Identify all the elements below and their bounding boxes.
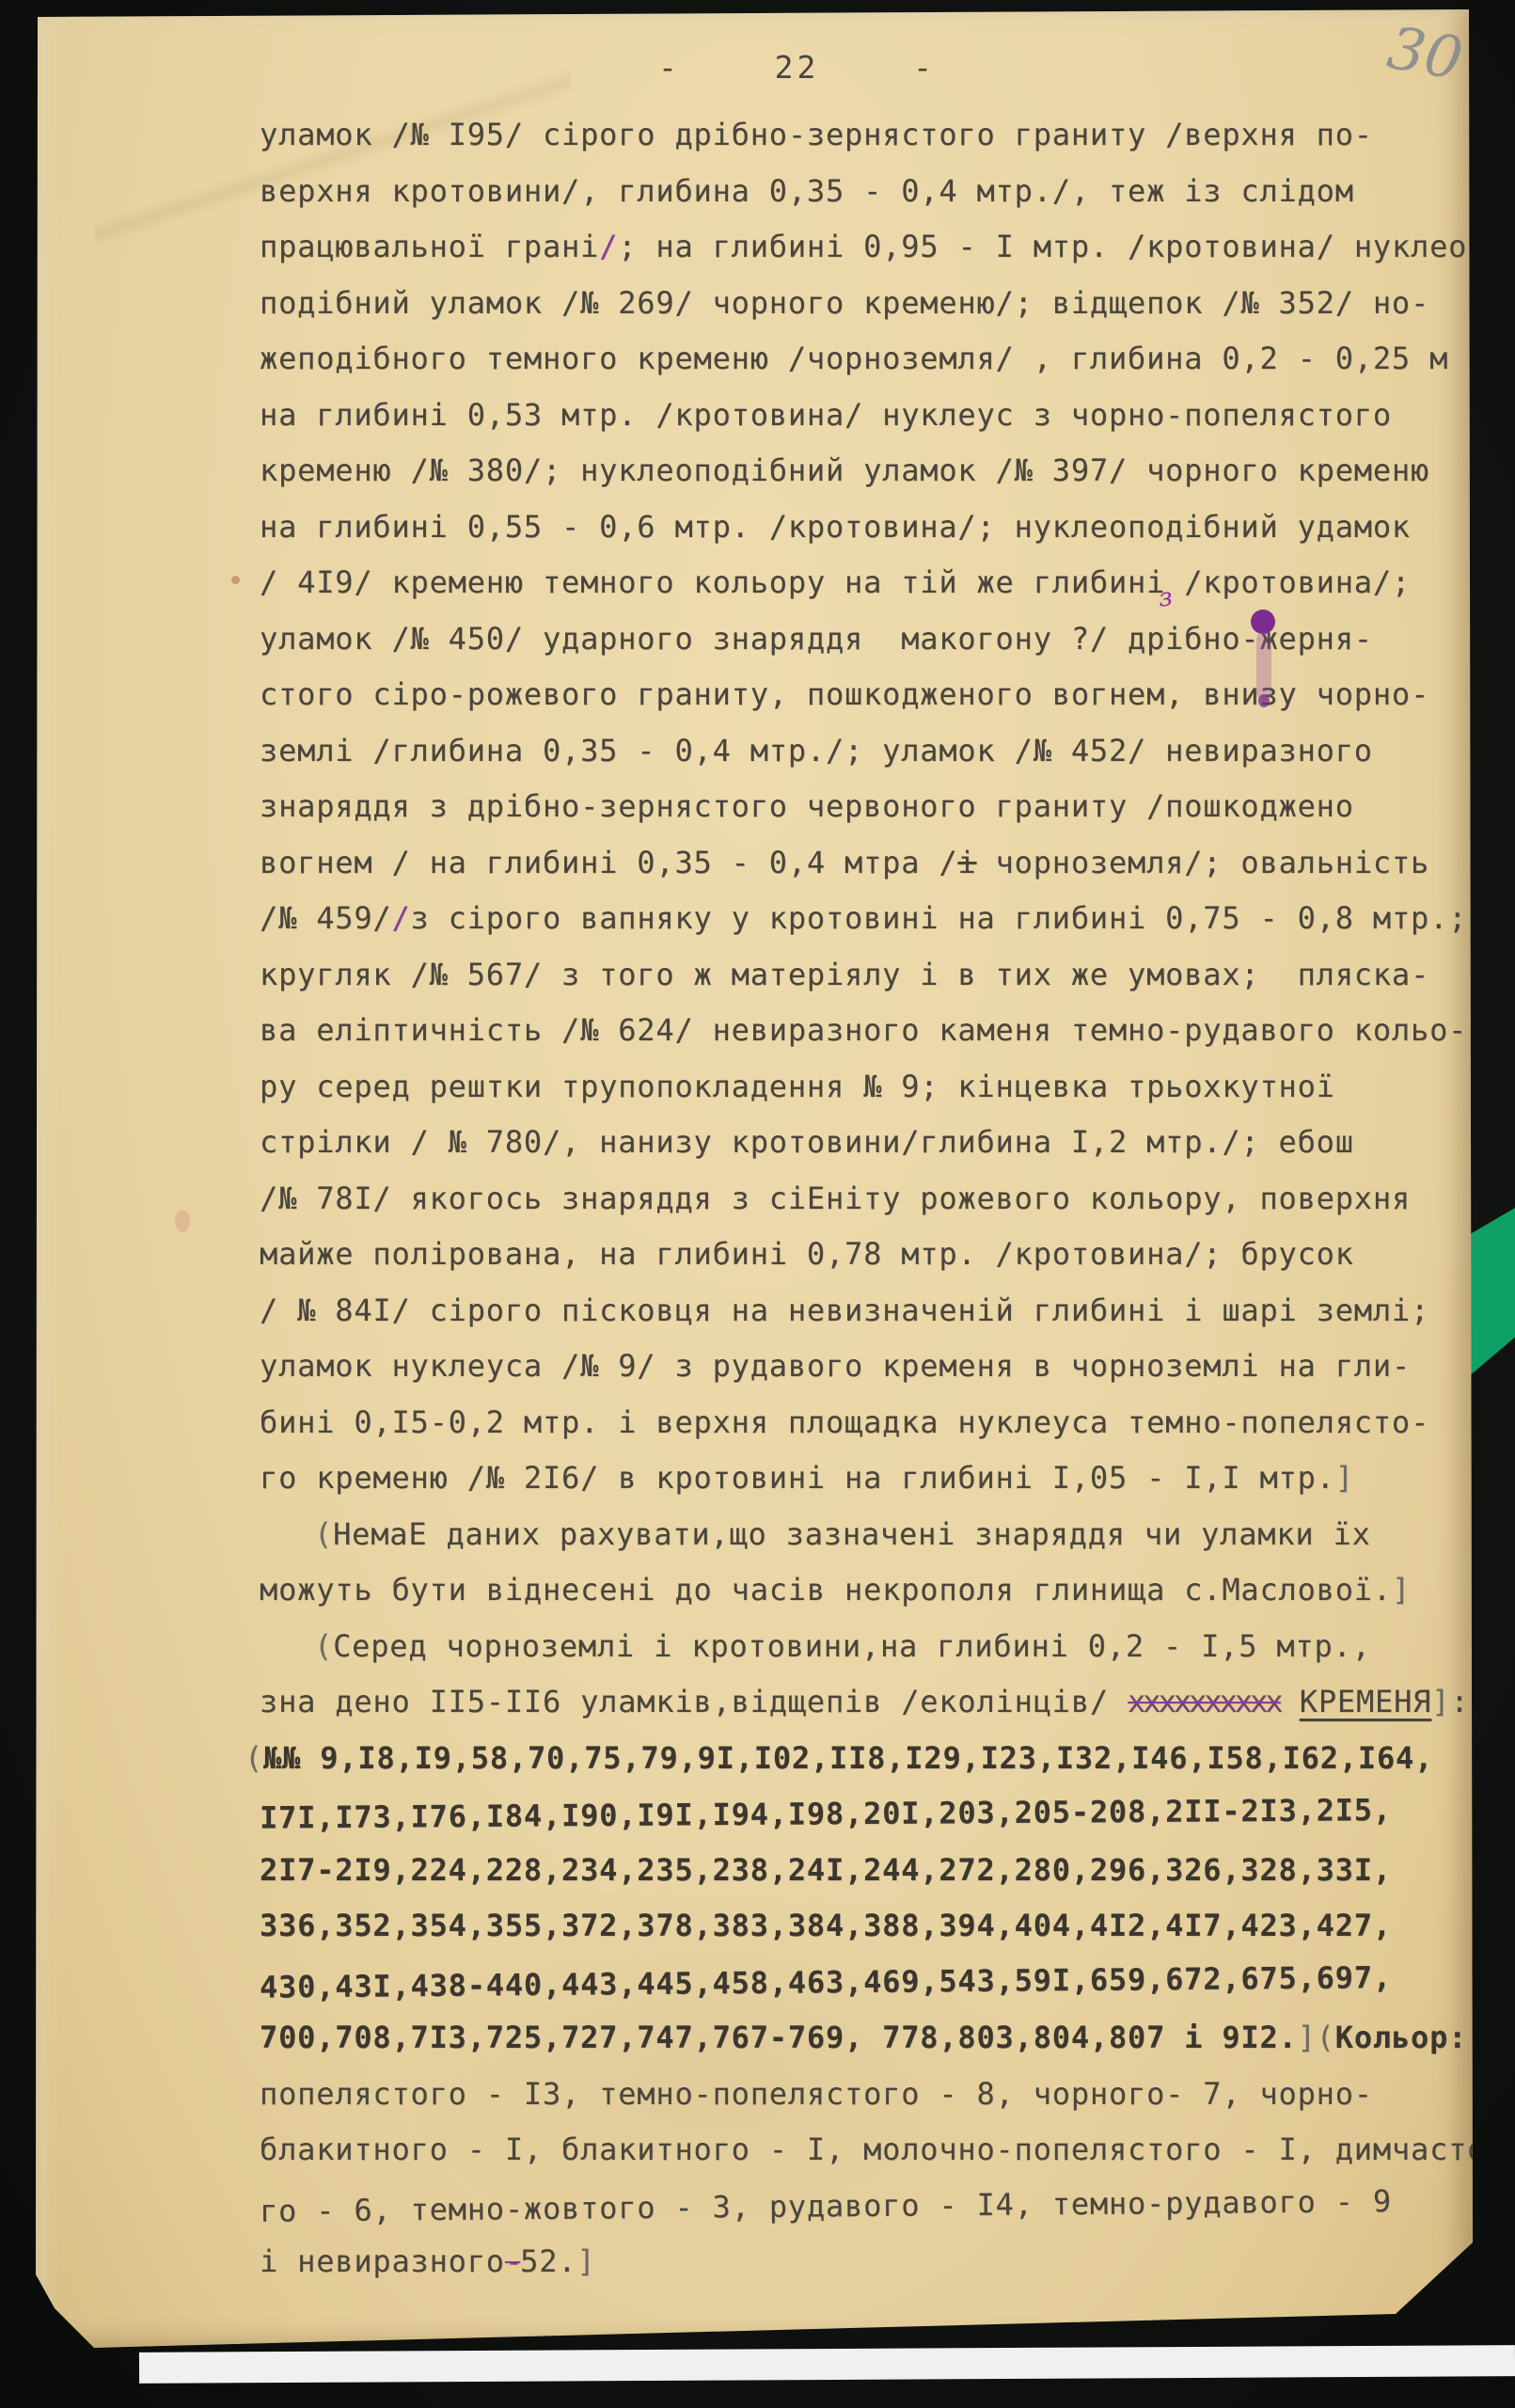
text-line: ру серед рештки трупопокладення № 9; кін… — [260, 1059, 1473, 1116]
paper-stain — [231, 576, 240, 584]
text-segment-pencil: ( — [245, 1740, 263, 1776]
text-line: попелястого - І3, темно-попелястого - 8,… — [260, 2067, 1473, 2123]
text-segment: 2І7-2І9,224,228,234,235,238,24І,244,272,… — [260, 1852, 1392, 1888]
handwritten-correction: з — [1157, 582, 1174, 612]
text-line: ва еліптичність /№ 624/ невиразного каме… — [260, 1003, 1473, 1059]
text-segment: і невиразного — [260, 2243, 505, 2279]
typewritten-text: уламок /№ І95/ сірого дрібно-зернястого … — [260, 107, 1473, 2290]
text-segment-pencil: ] — [1431, 1684, 1450, 1719]
text-segment: уламок /№ І95/ сірого дрібно-зернястого … — [260, 117, 1373, 152]
text-segment-purple-strike: хххххххххх — [1128, 1684, 1281, 1719]
text-line: верхня кротовини/, глибина 0,35 - 0,4 мт… — [260, 164, 1473, 220]
text-segment: з сірого вапняку у кротовині на глибині … — [411, 900, 1468, 936]
paper-sheet: - 22 - 30 уламок /№ І95/ сірого дрібно-з… — [32, 8, 1473, 2352]
text-segment: / № 84І/ сірого пісковця на невизначеній… — [260, 1292, 1429, 1328]
text-line: і невиразного-52.] — [260, 2234, 1473, 2290]
text-segment-pencil: ]( — [1298, 2020, 1335, 2055]
text-segment: НемаЕ даних рахувати,що зазначені знаряд… — [333, 1516, 1371, 1552]
text-segment: чорноземля/; овальність — [977, 845, 1430, 880]
text-segment: на глибині 0,53 мтр. /кротовина/ нуклеус… — [260, 397, 1392, 433]
text-segment: го кременю /№ 2І6/ в кротовині на глибин… — [260, 1460, 1335, 1496]
text-line: 430,43І,438-440,443,445,458,463,469,543,… — [260, 1949, 1473, 2016]
text-segment: подібний уламок /№ 269/ чорного кременю/… — [260, 285, 1429, 321]
text-line: (НемаЕ даних рахувати,що зазначені знаря… — [260, 1507, 1473, 1563]
page-number: - 22 - — [658, 49, 940, 86]
text-line: жеподібного темного кременю /чорноземля/… — [260, 331, 1473, 388]
text-segment-purple: / — [599, 229, 618, 264]
text-segment: /№ 459/ — [260, 900, 391, 936]
text-line: го кременю /№ 2І6/ в кротовині на глибин… — [260, 1450, 1473, 1507]
text-segment: попелястого - І3, темно-попелястого - 8,… — [260, 2076, 1373, 2112]
text-segment: 430,43І,438-440,443,445,458,463,469,543,… — [260, 1959, 1392, 2005]
text-line: го - 6, темно-жовтого - 3, рудавого - І4… — [260, 2173, 1473, 2240]
text-segment-purple: / — [391, 900, 410, 936]
handwritten-page-number: 30 — [1382, 13, 1467, 94]
scanner-edge-strip — [139, 2345, 1515, 2384]
text-line: можуть бути віднесені до часів некрополя… — [260, 1562, 1473, 1619]
text-segment: ва еліптичність /№ 624/ невиразного каме… — [260, 1012, 1467, 1048]
text-segment: на глибині 0,55 - 0,6 мтр. /кротовина/; … — [260, 509, 1411, 545]
text-line: 336,352,354,355,372,378,383,384,388,394,… — [260, 1898, 1473, 1955]
text-line: / 4І9/ кременю темного кольору на тій же… — [260, 555, 1473, 611]
text-line: /№ 459//з сірого вапняку у кротовині на … — [260, 891, 1473, 947]
text-line: землі /глибина 0,35 - 0,4 мтр./; уламок … — [260, 723, 1473, 780]
text-segment: працювальної грані — [260, 229, 599, 264]
text-segment-pencil: ] — [1335, 1460, 1354, 1496]
text-line: кругляк /№ 567/ з того ж матеріялу і в т… — [260, 947, 1473, 1004]
paper-stain — [175, 1210, 190, 1232]
text-line: на глибині 0,55 - 0,6 мтр. /кротовина/; … — [260, 499, 1473, 556]
text-segment: блакитного - І, блакитного - І, молочно-… — [260, 2131, 1486, 2167]
text-segment: / 4І9/ кременю темного кольору на тій же… — [260, 564, 1411, 600]
text-line: 700,708,7І3,725,727,747,767-769, 778,803… — [260, 2010, 1473, 2067]
text-segment: можуть бути віднесені до часів некрополя… — [260, 1572, 1392, 1608]
text-segment: 336,352,354,355,372,378,383,384,388,394,… — [260, 1908, 1392, 1943]
text-line: подібний уламок /№ 269/ чорного кременю/… — [260, 276, 1473, 332]
text-segment: ; на глибині 0,95 - І мтр. /кротовина/ н… — [618, 229, 1467, 264]
ink-smear — [1256, 632, 1271, 700]
text-line: стрілки / № 780/, нанизу кротовини/глиби… — [260, 1115, 1473, 1171]
text-segment: кругляк /№ 567/ з того ж матеріялу і в т… — [260, 957, 1429, 992]
text-segment: №№ 9,І8,І9,58,70,75,79,9І,І02,ІІ8,І29,І2… — [263, 1740, 1433, 1776]
text-segment: зна дено ІІ5-ІІ6 уламків,відщепів /еколі… — [260, 1684, 1128, 1719]
text-line: 2І7-2І9,224,228,234,235,238,24І,244,272,… — [260, 1843, 1473, 1899]
text-line: /№ 78І/ якогось знаряддя з сіЕніту рожев… — [260, 1171, 1473, 1228]
text-segment-purple-strike: - — [505, 2243, 520, 2279]
text-line: І7І,І73,І76,І84,І90,І9І,І94,І98,20І,203,… — [260, 1782, 1473, 1846]
text-line: майже полірована, на глибині 0,78 мтр. /… — [260, 1227, 1473, 1283]
text-segment-pencil: ( — [314, 1516, 333, 1552]
text-segment: жеподібного темного кременю /чорноземля/… — [260, 341, 1448, 376]
text-segment: Серед чорноземлі і кротовини,на глибині … — [333, 1628, 1371, 1664]
text-segment-underline: КРЕМЕНЯ — [1300, 1684, 1431, 1719]
text-line: на глибині 0,53 мтр. /кротовина/ нуклеус… — [260, 388, 1473, 444]
text-segment: ру серед рештки трупопокладення № 9; кін… — [260, 1069, 1335, 1104]
text-segment: го - 6, темно-жовтого - 3, рудавого - І4… — [260, 2183, 1392, 2229]
text-segment-strike: і — [957, 845, 976, 880]
text-line: уламок /№ І95/ сірого дрібно-зернястого … — [260, 107, 1473, 164]
text-segment: кременю /№ 380/; нуклеоподібний уламок /… — [260, 452, 1429, 488]
text-segment: вогнем / на глибині 0,35 - 0,4 мтра / — [260, 845, 957, 880]
text-line: бині 0,І5-0,2 мтр. і верхня площадка нук… — [260, 1395, 1473, 1451]
text-segment: стрілки / № 780/, нанизу кротовини/глиби… — [260, 1124, 1354, 1160]
text-line: зна дено ІІ5-ІІ6 уламків,відщепів /еколі… — [260, 1674, 1473, 1731]
text-segment: стого сіро-рожевого граниту, пошкодженог… — [260, 676, 1429, 712]
text-segment: верхня кротовини/, глибина 0,35 - 0,4 мт… — [260, 173, 1354, 209]
text-line: уламок нуклеуса /№ 9/ з рудавого кременя… — [260, 1339, 1473, 1395]
text-segment: 52. — [520, 2243, 576, 2279]
text-segment: І7І,І73,І76,І84,І90,І9І,І94,І98,20І,203,… — [260, 1792, 1392, 1835]
text-segment: уламок нуклеуса /№ 9/ з рудавого кременя… — [260, 1348, 1411, 1384]
text-line: знаряддя з дрібно-зернястого червоного г… — [260, 779, 1473, 835]
text-line: вогнем / на глибині 0,35 - 0,4 мтра /і ч… — [260, 835, 1473, 892]
text-segment: Кольор: — [1335, 2020, 1467, 2055]
text-segment-pencil: ( — [314, 1628, 333, 1664]
text-segment: уламок /№ 450/ ударного знаряддя макогон… — [260, 621, 1373, 657]
text-segment: бині 0,І5-0,2 мтр. і верхня площадка нук… — [260, 1404, 1429, 1440]
text-segment: /№ 78І/ якогось знаряддя з сіЕніту рожев… — [260, 1180, 1411, 1216]
document-scan: - 22 - 30 уламок /№ І95/ сірого дрібно-з… — [0, 0, 1515, 2408]
ink-blot — [1251, 610, 1275, 634]
text-segment — [1281, 1684, 1300, 1719]
text-line: стого сіро-рожевого граниту, пошкодженог… — [260, 667, 1473, 723]
text-line: блакитного - І, блакитного - І, молочно-… — [260, 2122, 1473, 2178]
text-line: уламок /№ 450/ ударного знаряддя макогон… — [260, 611, 1473, 668]
text-segment: землі /глибина 0,35 - 0,4 мтр./; уламок … — [260, 733, 1373, 768]
text-line: (№№ 9,І8,І9,58,70,75,79,9І,І02,ІІ8,І29,І… — [245, 1731, 1473, 1787]
text-segment: 700,708,7І3,725,727,747,767-769, 778,803… — [260, 2020, 1298, 2055]
text-line: / № 84І/ сірого пісковця на невизначеній… — [260, 1283, 1473, 1339]
text-segment-pencil: ] — [1392, 1572, 1411, 1608]
text-segment: майже полірована, на глибині 0,78 мтр. /… — [260, 1236, 1354, 1272]
text-segment: знаряддя з дрібно-зернястого червоного г… — [260, 788, 1354, 824]
text-segment-pencil: ] — [576, 2243, 595, 2279]
ink-smear-tip — [1258, 694, 1270, 707]
text-line: кременю /№ 380/; нуклеоподібний уламок /… — [260, 443, 1473, 499]
text-segment: : — [1450, 1684, 1469, 1719]
text-line: (Серед чорноземлі і кротовини,на глибині… — [260, 1619, 1473, 1675]
text-line: працювальної грані/; на глибині 0,95 - І… — [260, 219, 1473, 276]
